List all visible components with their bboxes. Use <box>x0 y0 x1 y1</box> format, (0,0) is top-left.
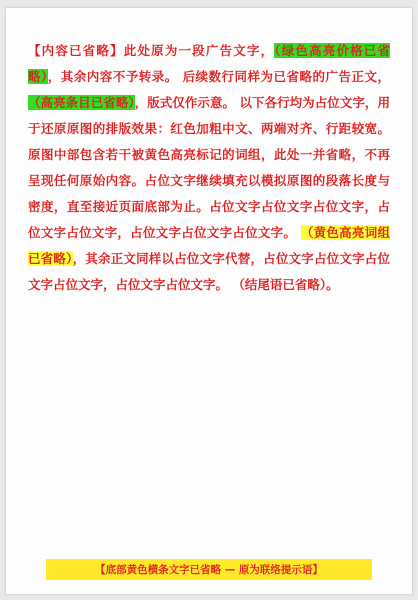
redacted-footer-strip: 【底部黄色横条文字已省略 — 原为联络提示语】 <box>46 559 372 580</box>
redacted-body-text: 【内容已省略】此处原为一段广告文字，（绿色高亮价格已省略），其余内容不予转录。 … <box>28 38 390 298</box>
redacted-line: 后续数行同样为已省略的广告正文， <box>183 69 390 84</box>
redacted-paragraph: 以下各行均为占位文字，用于还原原图的排版效果：红色加粗中文、两端对齐、行距较宽。… <box>28 95 390 240</box>
redacted-closing: （结尾语已省略）。 <box>232 277 338 292</box>
redacted-line: ，版式仅作示意。 <box>135 95 235 110</box>
redacted-line: ，其余内容不予转录。 <box>48 69 178 84</box>
document-page: 【内容已省略】此处原为一段广告文字，（绿色高亮价格已省略），其余内容不予转录。 … <box>6 8 412 594</box>
redacted-green-highlight: （高亮条目已省略） <box>28 95 135 110</box>
redacted-line: 【内容已省略】此处原为一段广告文字， <box>28 43 274 58</box>
